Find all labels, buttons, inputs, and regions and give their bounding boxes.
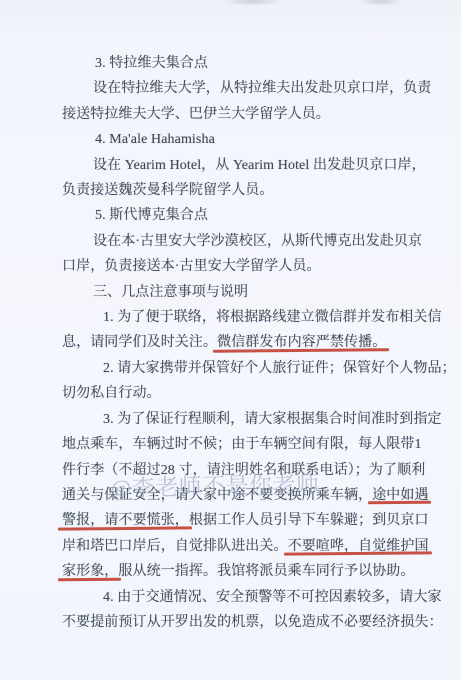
text-segment: 设在 Yearim Hotel，从 Yearim Hotel 出发赴贝京口岸， (93, 158, 426, 173)
text-line: 1. 为了便于联络，将根据路线建立微信群并发布相关信 (62, 305, 437, 330)
text-line: 口岸，负责接送本·古里安大学留学人员。 (62, 254, 437, 279)
text-segment: 息，请同学们及时关注。 (62, 335, 217, 350)
text-segment: 5. 斯代博克集合点 (95, 208, 208, 223)
text-segment: 负责接送魏茨曼科学院留学人员。 (62, 183, 274, 198)
red-underlined-text: 警报，请不要慌张， (62, 508, 189, 533)
text-segment: 根据工作人员引导下车躲避；到贝京口 (189, 513, 429, 528)
text-segment: 3. 为了保证行程顺利，请大家根据集合时间准时到指定 (103, 412, 442, 427)
text-segment: 件行李（不超过28 寸，请注明姓名和联系电话）；为了顺利 (62, 463, 425, 478)
text-line: 警报，请不要慌张，根据工作人员引导下车躲避；到贝京口 (62, 508, 437, 533)
text-line: 三、几点注意事项与说明 (62, 280, 437, 305)
text-segment: 通关与保证安全，请大家中途不要变换所乘车辆， (62, 488, 372, 503)
text-line: 3. 特拉维夫集合点 (62, 51, 437, 76)
text-segment: 设在特拉维夫大学，从特拉维夫出发赴贝京口岸，负责 (93, 81, 431, 96)
text-segment: 设在本·古里安大学沙漠校区，从斯代博克出发赴贝京 (93, 234, 422, 249)
text-line: 4. 由于交通情况、安全预警等不可控因素较多，请大家 (62, 585, 437, 610)
red-underlined-text: 不要喧哗，自觉维护国 (288, 534, 429, 559)
text-segment: 3. 特拉维夫集合点 (95, 56, 208, 71)
text-line: 设在本·古里安大学沙漠校区，从斯代博克出发赴贝京 (62, 229, 437, 254)
text-line: 岸和塔巴口岸后，自觉排队进出关。不要喧哗，自觉维护国 (62, 534, 437, 559)
document-page: 3. 特拉维夫集合点设在特拉维夫大学，从特拉维夫出发赴贝京口岸，负责接送特拉维夫… (0, 0, 461, 680)
text-line: 负责接送魏茨曼科学院留学人员。 (62, 178, 437, 203)
text-segment: 4. Ma'ale Hahamisha (95, 132, 215, 147)
text-segment: 接送特拉维夫大学、巴伊兰大学留学人员。 (62, 107, 330, 122)
document-body: 3. 特拉维夫集合点设在特拉维夫大学，从特拉维夫出发赴贝京口岸，负责接送特拉维夫… (62, 51, 437, 635)
text-segment: 切勿私自行动。 (62, 386, 161, 401)
text-line: 件行李（不超过28 寸，请注明姓名和联系电话）；为了顺利 (62, 458, 437, 483)
text-line: 不要提前预订从开罗出发的机票，以免造成不必要经济损失： (62, 610, 437, 635)
text-line: 4. Ma'ale Hahamisha (62, 127, 437, 152)
text-line: 3. 为了保证行程顺利，请大家根据集合时间准时到指定 (62, 407, 437, 432)
text-line: 设在特拉维夫大学，从特拉维夫出发赴贝京口岸，负责 (62, 76, 437, 101)
text-segment: 4. 由于交通情况、安全预警等不可控因素较多，请大家 (103, 590, 442, 605)
text-segment: 三、几点注意事项与说明 (93, 285, 248, 300)
red-underlined-text: 家形象， (62, 559, 118, 584)
text-line: 息，请同学们及时关注。微信群发布内容严禁传播。 (62, 330, 437, 355)
red-underlined-text: 微信群发布内容严禁传播。 (217, 330, 386, 355)
text-line: 家形象，服从统一指挥。我馆将派员乘车同行予以协助。 (62, 559, 437, 584)
scan-artifact (222, 0, 284, 5)
red-underlined-text: 途中如遇 (372, 483, 428, 508)
text-segment: 1. 为了便于联络，将根据路线建立微信群并发布相关信 (103, 310, 442, 325)
text-segment: 口岸，负责接送本·古里安大学留学人员。 (62, 259, 321, 274)
text-line: 地点乘车，车辆过时不候；由于车辆空间有限，每人限带1 (62, 432, 437, 457)
text-line: 5. 斯代博克集合点 (62, 203, 437, 228)
text-segment: 地点乘车，车辆过时不候；由于车辆空间有限，每人限带1 (62, 437, 422, 452)
text-segment: 岸和塔巴口岸后，自觉排队进出关。 (62, 539, 288, 554)
text-segment: 不要提前预订从开罗出发的机票，以免造成不必要经济损失： (62, 615, 443, 630)
scan-artifact (358, 0, 404, 5)
text-line: 接送特拉维夫大学、巴伊兰大学留学人员。 (62, 102, 437, 127)
text-line: 2. 请大家携带并保管好个人旅行证件；保管好个人物品； (62, 356, 437, 381)
text-segment: 2. 请大家携带并保管好个人旅行证件；保管好个人物品； (103, 361, 456, 376)
text-line: 切勿私自行动。 (62, 381, 437, 406)
text-line: 通关与保证安全，请大家中途不要变换所乘车辆，途中如遇 (62, 483, 437, 508)
text-line: 设在 Yearim Hotel，从 Yearim Hotel 出发赴贝京口岸， (62, 153, 437, 178)
text-segment: 服从统一指挥。我馆将派员乘车同行予以协助。 (118, 564, 414, 579)
